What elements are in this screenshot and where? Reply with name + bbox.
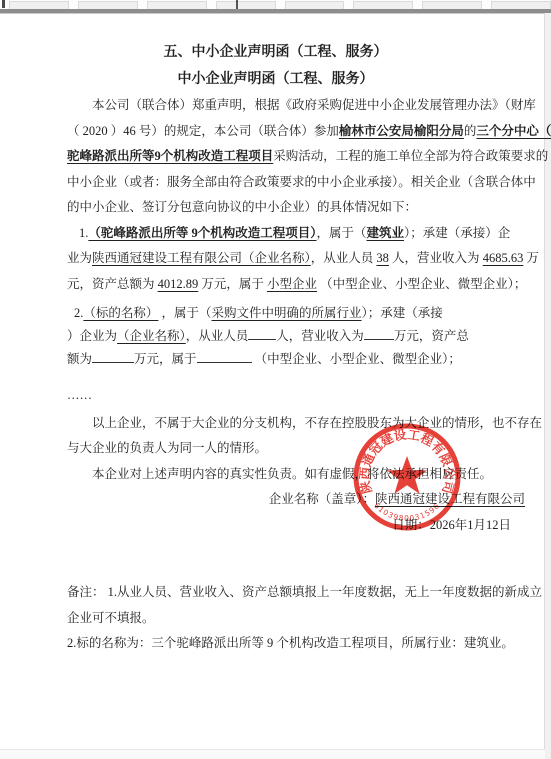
text-segment: ，属于（ bbox=[317, 226, 367, 240]
text-segment: 的 bbox=[464, 124, 477, 138]
text-segment: 人，营业收入为 bbox=[389, 251, 483, 265]
company-name-filled: 陕西通冠建设工程有限公司（企业名称） bbox=[92, 251, 311, 265]
item-number: 2. bbox=[74, 306, 83, 320]
table-cell bbox=[147, 1, 207, 9]
declaration-document: 五、中小企业声明函（工程、服务） 中小企业声明函（工程、服务） 本公司（联合体）… bbox=[0, 13, 545, 657]
subject-name-filled: （驼峰路派出所等 9个机构改造工程项目） bbox=[88, 226, 316, 240]
industry-filled: 建筑业 bbox=[367, 226, 405, 240]
industry-placeholder: 采购文件中明确的所属行业 bbox=[212, 306, 362, 320]
text-segment: 人，营业收入为 bbox=[276, 329, 364, 343]
item-number: 1. bbox=[79, 226, 88, 240]
previous-page-table-sliver bbox=[0, 0, 551, 9]
text-segment: ，从业人员 bbox=[311, 251, 377, 265]
table-cell bbox=[285, 1, 345, 9]
signature-label: 企业名称（盖章）： bbox=[269, 492, 375, 506]
paragraph-item-1: 1.（驼峰路派出所等 9个机构改造工程项目），属于（建筑业）；承建（承接）企 业… bbox=[0, 221, 545, 298]
blank-field-employees bbox=[248, 327, 276, 340]
text-segment: ，属于（ bbox=[158, 306, 211, 320]
subject-name-placeholder: （标的名称） bbox=[83, 306, 158, 320]
table-cell bbox=[422, 1, 482, 9]
text-segment: （中型企业、小型企业、微型企业）； bbox=[317, 277, 526, 291]
blank-field-size bbox=[197, 350, 252, 363]
purchaser-name: 榆林市公安局榆阳分局 bbox=[339, 124, 464, 138]
table-column-divider bbox=[236, 0, 238, 9]
notes-block: 备注： 1.从业人员、营业收入、资产总额填报上一年度数据，无上一年度数据的新成立… bbox=[0, 580, 545, 657]
section-title: 五、中小企业声明函（工程、服务） bbox=[0, 43, 551, 62]
paragraph-no-large-enterprise: 以上企业，不属于大企业的分支机构，不存在控股股东为大企业的情形，也不存在 与大企… bbox=[0, 411, 545, 462]
cursor-mark bbox=[2, 0, 5, 8]
paragraph-item-2: 2.（标的名称） ，属于（采购文件中明确的所属行业）；承建（承接 ）企业为（企业… bbox=[0, 302, 545, 371]
company-name-placeholder: （企业名称） bbox=[117, 329, 186, 343]
ellipsis-line: …… bbox=[0, 383, 545, 409]
document-title: 中小企业声明函（工程、服务） bbox=[0, 70, 551, 89]
paragraph-declaration: 本公司（联合体）郑重声明，根据《政府采购促进中小企业发展管理办法》（财库 （ 2… bbox=[0, 93, 545, 221]
text-segment: （中型企业、小型企业、微型企业）； bbox=[252, 352, 461, 366]
table-cell bbox=[491, 1, 551, 9]
table-cell bbox=[353, 1, 413, 9]
blank-field-assets bbox=[92, 350, 134, 363]
text-segment: 万元，属于 bbox=[198, 277, 267, 291]
text-segment: ，从业人员 bbox=[186, 329, 249, 343]
signature-line: 企业名称（盖章）：陕西通冠建设工程有限公司 bbox=[0, 487, 545, 513]
paragraph-responsibility: 本企业对上述声明内容的真实性负责。如有虚假，将依法承担相应责任。 bbox=[0, 462, 545, 488]
page-bottom-edge bbox=[0, 749, 545, 759]
text-segment: 万元，属于 bbox=[134, 352, 197, 366]
employees-value: 38 bbox=[376, 251, 389, 265]
table-cell bbox=[216, 1, 276, 9]
assets-value: 4012.89 bbox=[158, 277, 199, 291]
table-cell bbox=[9, 1, 69, 9]
enterprise-size-value: 小型企业 bbox=[267, 277, 317, 291]
revenue-value: 4685.63 bbox=[483, 251, 524, 265]
date-line: 日期：2026年1月12日 bbox=[0, 513, 545, 539]
signature-company: 陕西通冠建设工程有限公司 bbox=[375, 492, 525, 506]
table-cells-row bbox=[0, 0, 551, 9]
blank-field-revenue bbox=[364, 327, 394, 340]
table-cell bbox=[78, 1, 138, 9]
